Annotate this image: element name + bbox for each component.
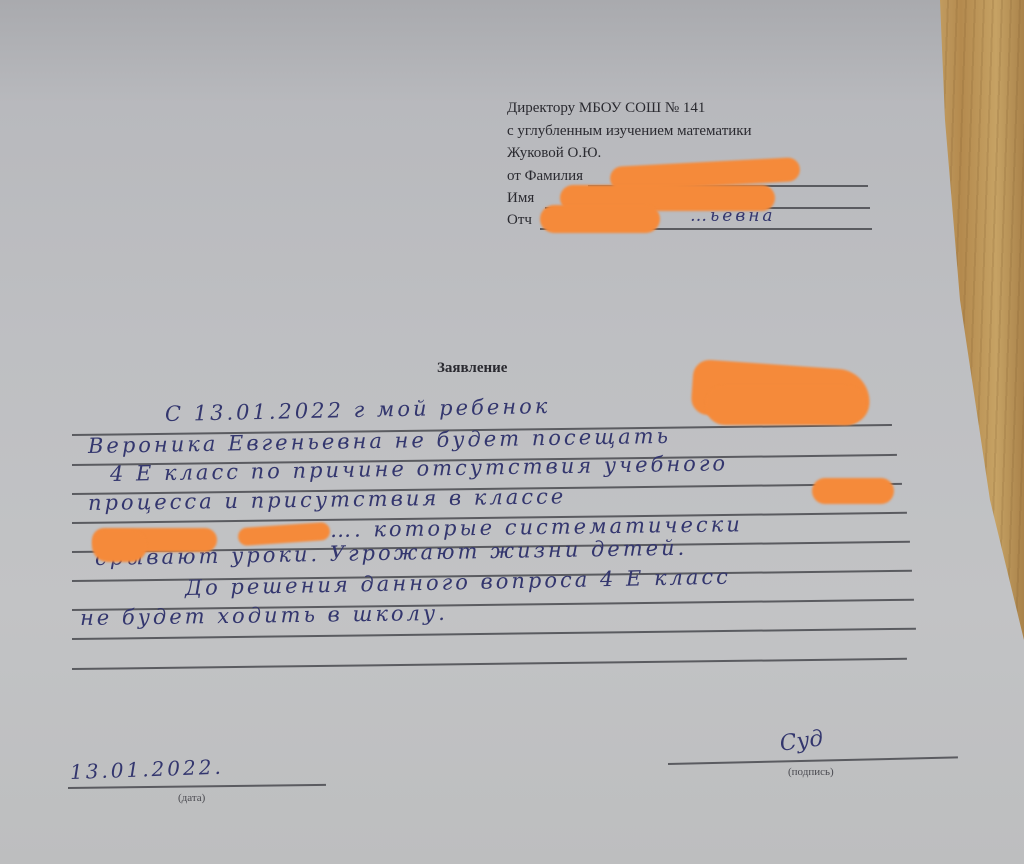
redaction-child-surname	[705, 385, 865, 425]
name-label: Имя	[507, 190, 534, 207]
signature-caption: (подпись)	[788, 766, 834, 778]
body-line-8: не будет ходить в школу.	[80, 601, 448, 630]
patronymic-label: Отч	[507, 212, 532, 229]
addressee-line-3: Жуковой О.Ю.	[507, 145, 601, 162]
addressee-line-2: с углубленным изучением математики	[507, 123, 752, 140]
document-title: Заявление	[437, 360, 507, 377]
redaction-classmates	[92, 530, 147, 562]
date-caption: (дата)	[178, 792, 205, 804]
addressee-line-1: Директору МБОУ СОШ № 141	[507, 100, 705, 117]
from-surname-label: от Фамилия	[507, 168, 583, 185]
redaction-patronymic	[540, 205, 660, 233]
redaction-classmates	[812, 478, 894, 504]
